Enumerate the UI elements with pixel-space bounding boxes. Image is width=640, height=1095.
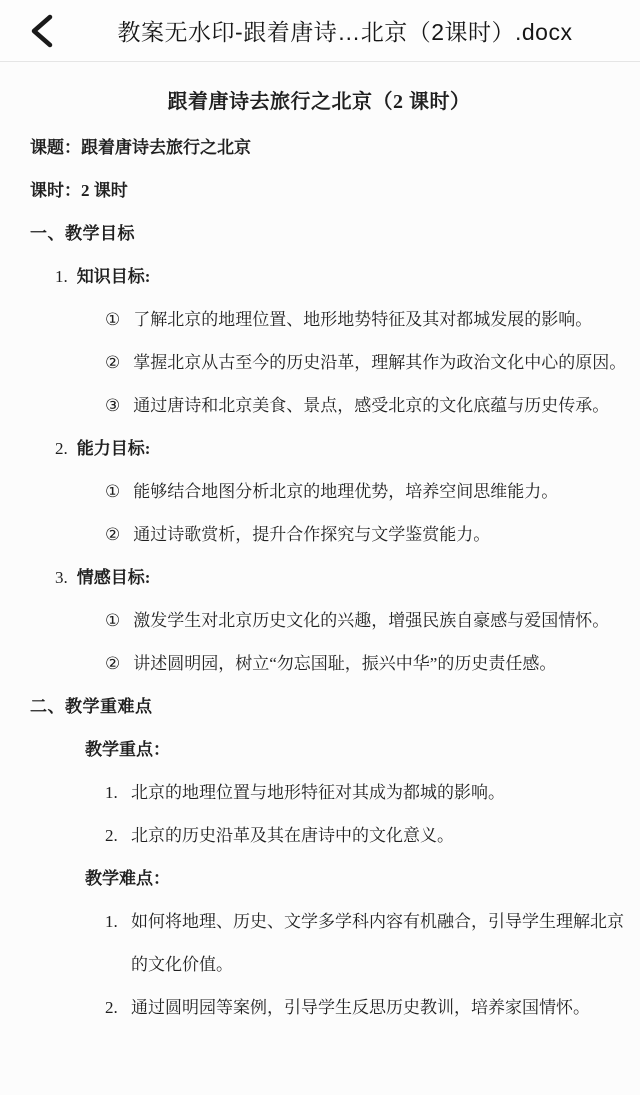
document-viewer-screen: 教案无水印-跟着唐诗…北京（2课时）.docx 跟着唐诗去旅行之北京（2 课时）… [0, 0, 640, 1095]
item-text: 通过圆明园等案例，引导学生反思历史教训，培养家国情怀。 [131, 998, 590, 1017]
item-text: 北京的地理位置与地形特征对其成为都城的影响。 [131, 783, 505, 802]
numbered-item: 2.通过圆明园等案例，引导学生反思历史教训，培养家国情怀。 [105, 986, 632, 1029]
goal-label: 能力目标: [77, 439, 151, 458]
circled-item: ①了解北京的地理位置、地形地势特征及其对都城发展的影响。 [105, 298, 632, 341]
document-page[interactable]: 跟着唐诗去旅行之北京（2 课时） 课题：跟着唐诗去旅行之北京 课时：2 课时 一… [0, 62, 640, 1095]
subhead-difficult-points: 教学难点： [85, 857, 632, 900]
list-number: 3. [55, 568, 68, 587]
list-number: 1. [105, 771, 131, 814]
circled-number: ① [105, 310, 120, 329]
item-text: 通过唐诗和北京美食、景点，感受北京的文化底蕴与历史传承。 [133, 396, 609, 415]
circled-number: ② [105, 353, 120, 372]
goal-heading-emotion: 3.情感目标: [55, 556, 632, 599]
circled-item: ①激发学生对北京历史文化的兴趣，增强民族自豪感与爱国情怀。 [105, 599, 632, 642]
circled-number: ① [105, 611, 120, 630]
goal-label: 情感目标: [77, 568, 151, 587]
app-header: 教案无水印-跟着唐诗…北京（2课时）.docx [0, 0, 640, 62]
list-number: 2. [55, 439, 68, 458]
goal-heading-knowledge: 1.知识目标: [55, 255, 632, 298]
item-text: 讲述圆明园，树立“勿忘国耻，振兴中华”的历史责任感。 [133, 654, 556, 673]
item-text: 掌握北京从古至今的历史沿革，理解其作为政治文化中心的原因。 [133, 353, 626, 372]
item-text: 了解北京的地理位置、地形地势特征及其对都城发展的影响。 [133, 310, 592, 329]
list-number: 2. [105, 986, 131, 1029]
circled-item: ③通过唐诗和北京美食、景点，感受北京的文化底蕴与历史传承。 [105, 384, 632, 427]
goal-heading-ability: 2.能力目标: [55, 427, 632, 470]
doc-title: 跟着唐诗去旅行之北京（2 课时） [30, 78, 608, 126]
back-button[interactable] [18, 8, 64, 54]
meta-line-periods: 课时：2 课时 [30, 169, 632, 212]
item-text: 通过诗歌赏析，提升合作探究与文学鉴赏能力。 [133, 525, 490, 544]
circled-item: ①能够结合地图分析北京的地理优势，培养空间思维能力。 [105, 470, 632, 513]
section-heading-keypoints: 二、教学重难点 [30, 685, 632, 728]
circled-item: ②讲述圆明园，树立“勿忘国耻，振兴中华”的历史责任感。 [105, 642, 632, 685]
circled-item: ②掌握北京从古至今的历史沿革，理解其作为政治文化中心的原因。 [105, 341, 632, 384]
list-number: 1. [55, 267, 68, 286]
circled-number: ② [105, 525, 120, 544]
item-text: 北京的历史沿革及其在唐诗中的文化意义。 [131, 826, 454, 845]
subhead-key-points: 教学重点： [85, 728, 632, 771]
chevron-left-icon [28, 13, 54, 49]
goal-label: 知识目标: [77, 267, 151, 286]
numbered-item: 1.北京的地理位置与地形特征对其成为都城的影响。 [105, 771, 632, 814]
numbered-item: 2.北京的历史沿革及其在唐诗中的文化意义。 [105, 814, 632, 857]
circled-item: ②通过诗歌赏析，提升合作探究与文学鉴赏能力。 [105, 513, 632, 556]
circled-number: ① [105, 482, 120, 501]
item-text: 激发学生对北京历史文化的兴趣，增强民族自豪感与爱国情怀。 [133, 611, 609, 630]
numbered-item: 1.如何将地理、历史、文学多学科内容有机融合，引导学生理解北京 的文化价值。 [105, 900, 632, 986]
item-text: 能够结合地图分析北京的地理优势，培养空间思维能力。 [133, 482, 558, 501]
circled-number: ② [105, 654, 120, 673]
circled-number: ③ [105, 396, 120, 415]
list-number: 1. [105, 900, 131, 943]
meta-line-subject: 课题：跟着唐诗去旅行之北京 [30, 126, 632, 169]
file-title: 教案无水印-跟着唐诗…北京（2课时）.docx [64, 14, 632, 47]
item-text: 如何将地理、历史、文学多学科内容有机融合，引导学生理解北京 的文化价值。 [131, 912, 624, 974]
section-heading-objectives: 一、教学目标 [30, 212, 632, 255]
list-number: 2. [105, 814, 131, 857]
